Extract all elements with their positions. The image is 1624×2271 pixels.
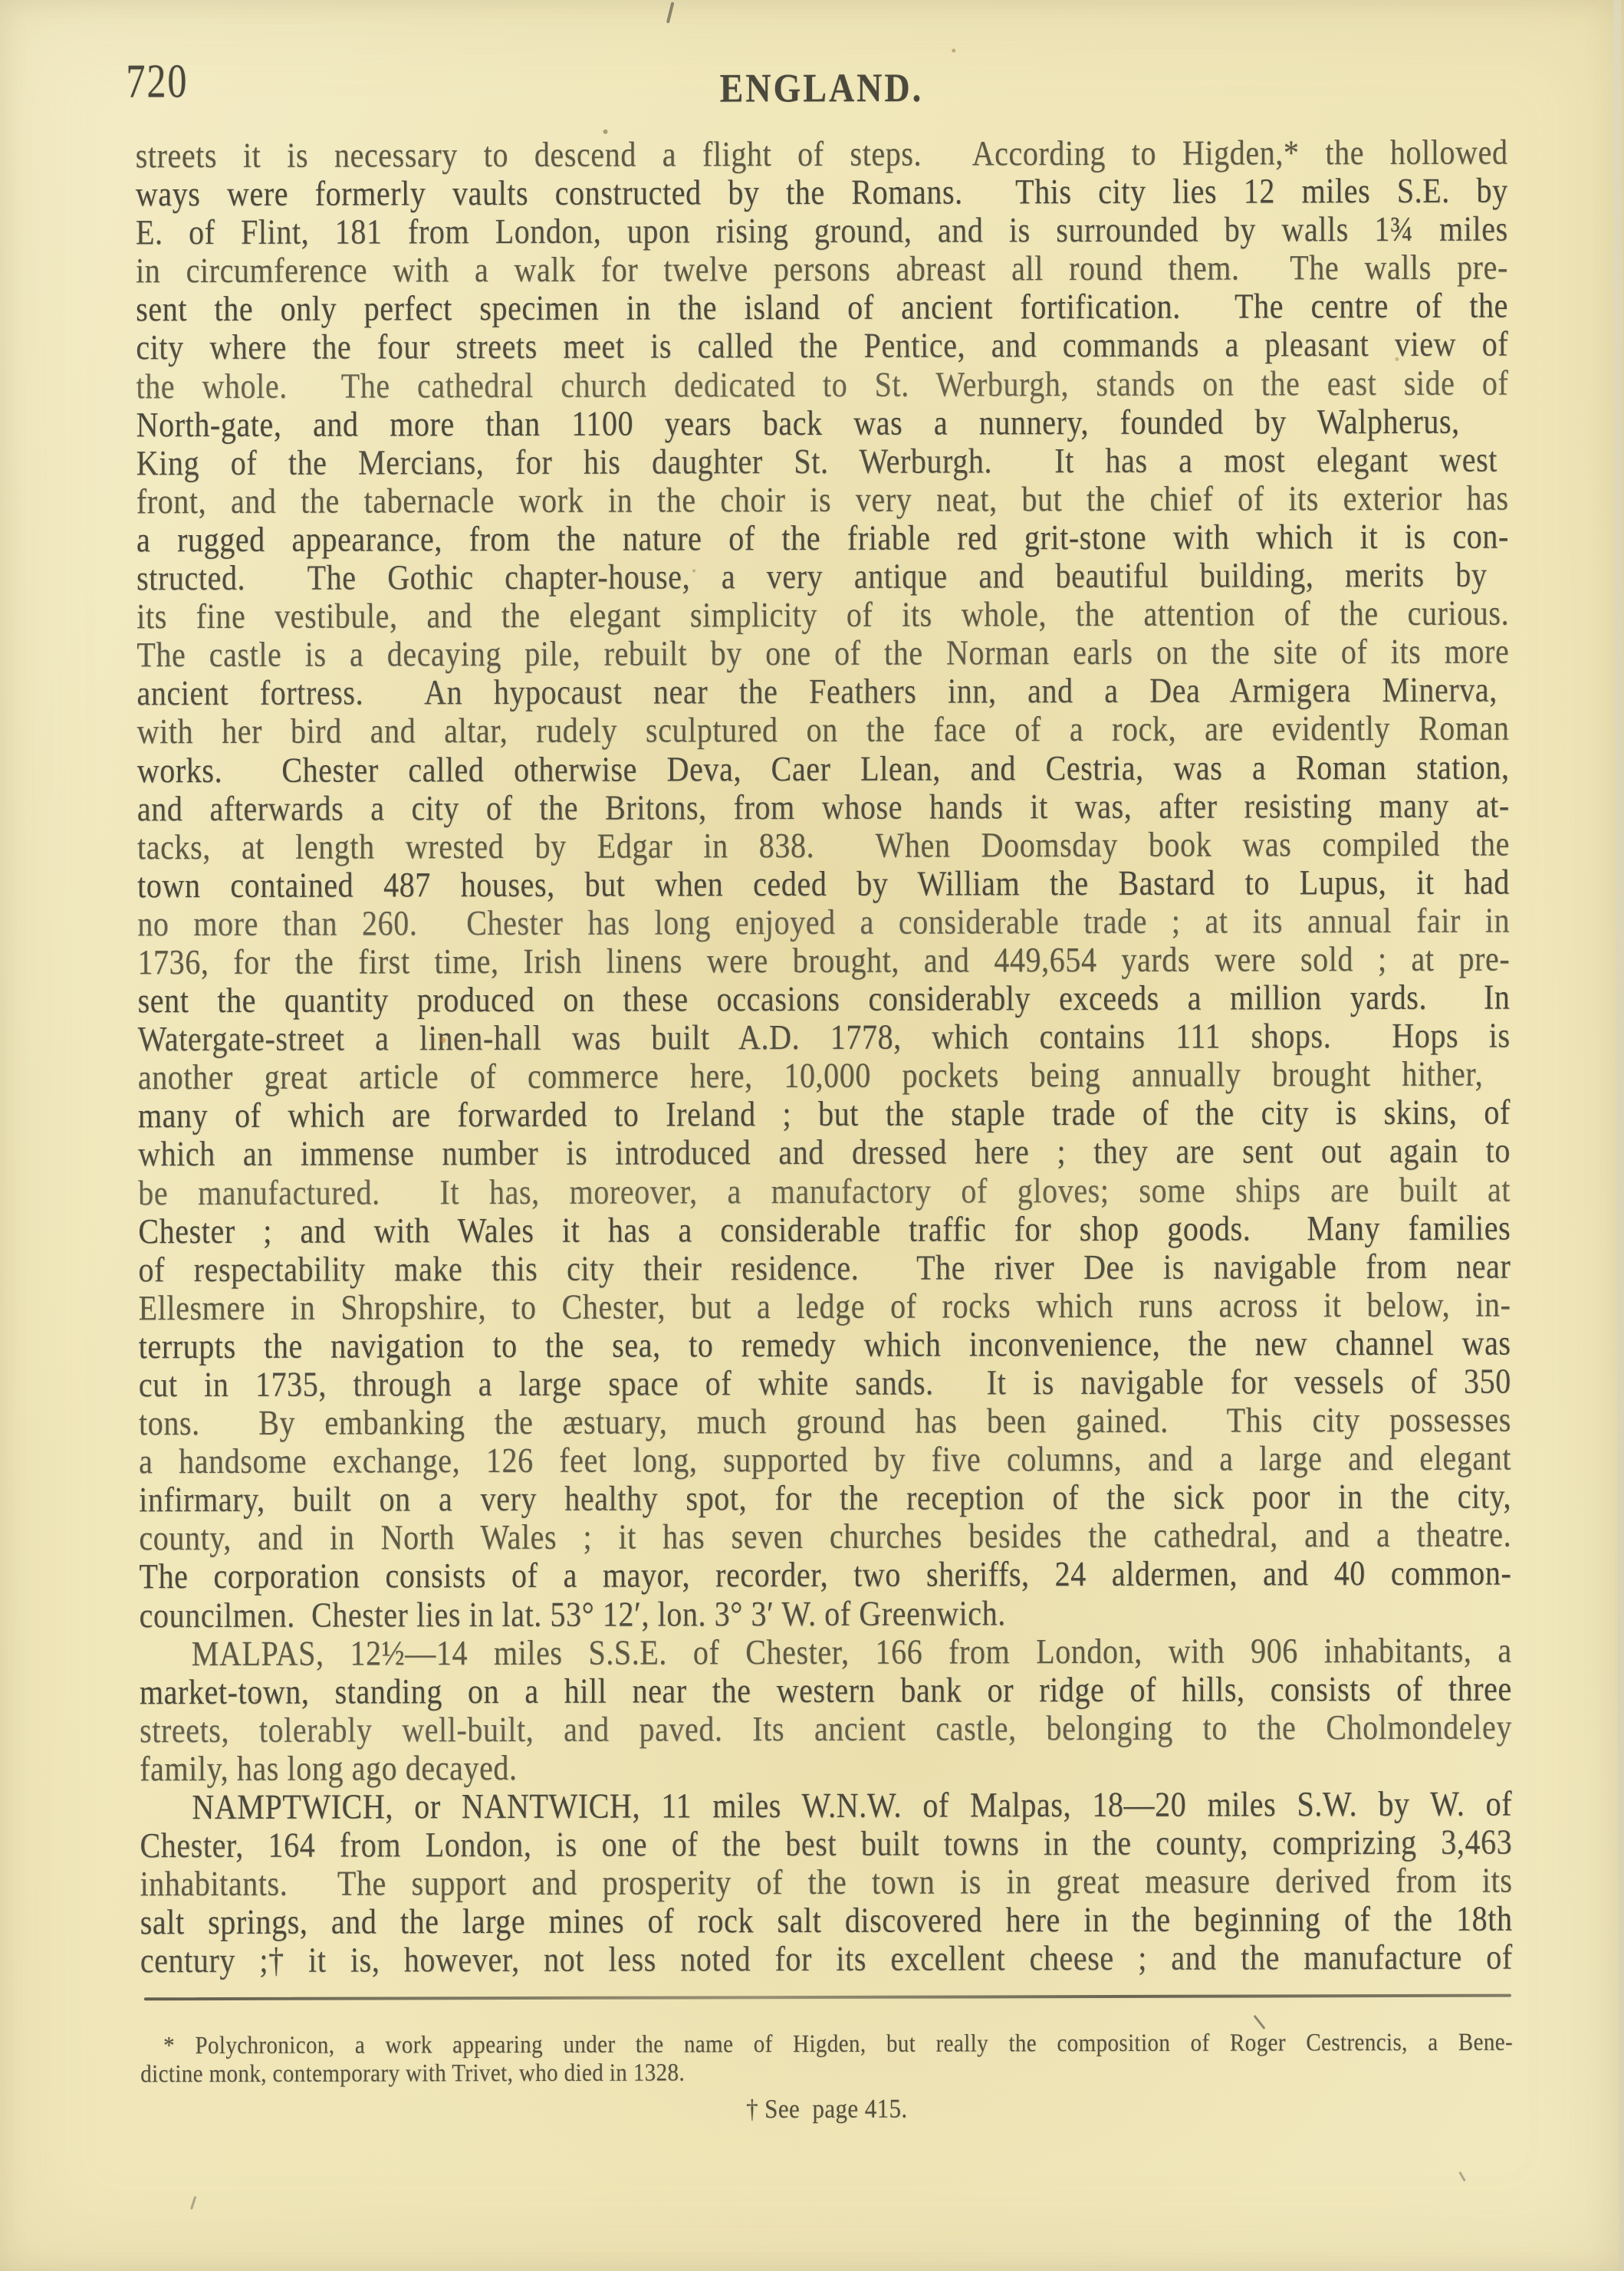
- paper-speck: [692, 569, 695, 572]
- body-text: streets it is necessary to descend a fli…: [136, 133, 1513, 1980]
- paper-speck: [1395, 357, 1399, 361]
- scan-artifact: [1458, 2171, 1466, 2182]
- text-line: century ;† it is, however, not less note…: [140, 1935, 1513, 1983]
- book-page: 720 ENGLAND. streets it is necessary to …: [0, 0, 1624, 2271]
- paper-speck: [603, 130, 608, 134]
- paper-speck: [255, 1699, 258, 1703]
- paper-speck: [952, 49, 955, 53]
- scan-artifact: [666, 2, 675, 23]
- footnotes: * Polychronicon, a work appearing under …: [140, 2029, 1513, 2125]
- paper-speck: [441, 1037, 446, 1043]
- running-header: ENGLAND.: [135, 63, 1507, 113]
- scan-artifact: [190, 2196, 196, 2210]
- footnote-separator: [144, 1994, 1511, 2001]
- footnote-line: † See page 415.: [140, 2083, 1513, 2126]
- scanned-sheet: 720 ENGLAND. streets it is necessary to …: [0, 0, 1624, 2271]
- scan-edge: [1613, 0, 1624, 2269]
